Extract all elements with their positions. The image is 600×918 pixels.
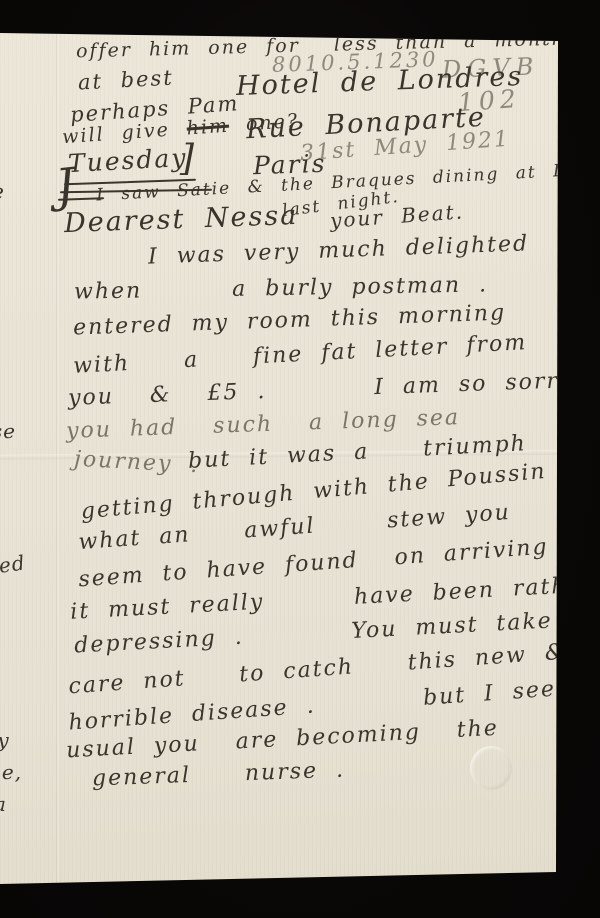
margin-fragment: he,	[0, 762, 22, 782]
annotation-line: at best	[78, 68, 175, 94]
struck-out-word: him	[186, 115, 230, 140]
letter-page: u - te u i f use d oned e ly he, a offer…	[0, 0, 600, 918]
closing-bracket: ]	[180, 138, 194, 179]
margin-fragment: te	[0, 182, 5, 203]
margin-fragment: use	[0, 421, 16, 441]
embossed-stamp	[470, 746, 512, 790]
day-annotation: Tuesday	[67, 145, 188, 176]
margin-fragment: a	[0, 794, 7, 814]
photograph-background: u - te u i f use d oned e ly he, a offer…	[0, 0, 600, 918]
margin-fragment: ly	[0, 730, 10, 750]
salutation: Dearest Nessa	[64, 202, 299, 237]
